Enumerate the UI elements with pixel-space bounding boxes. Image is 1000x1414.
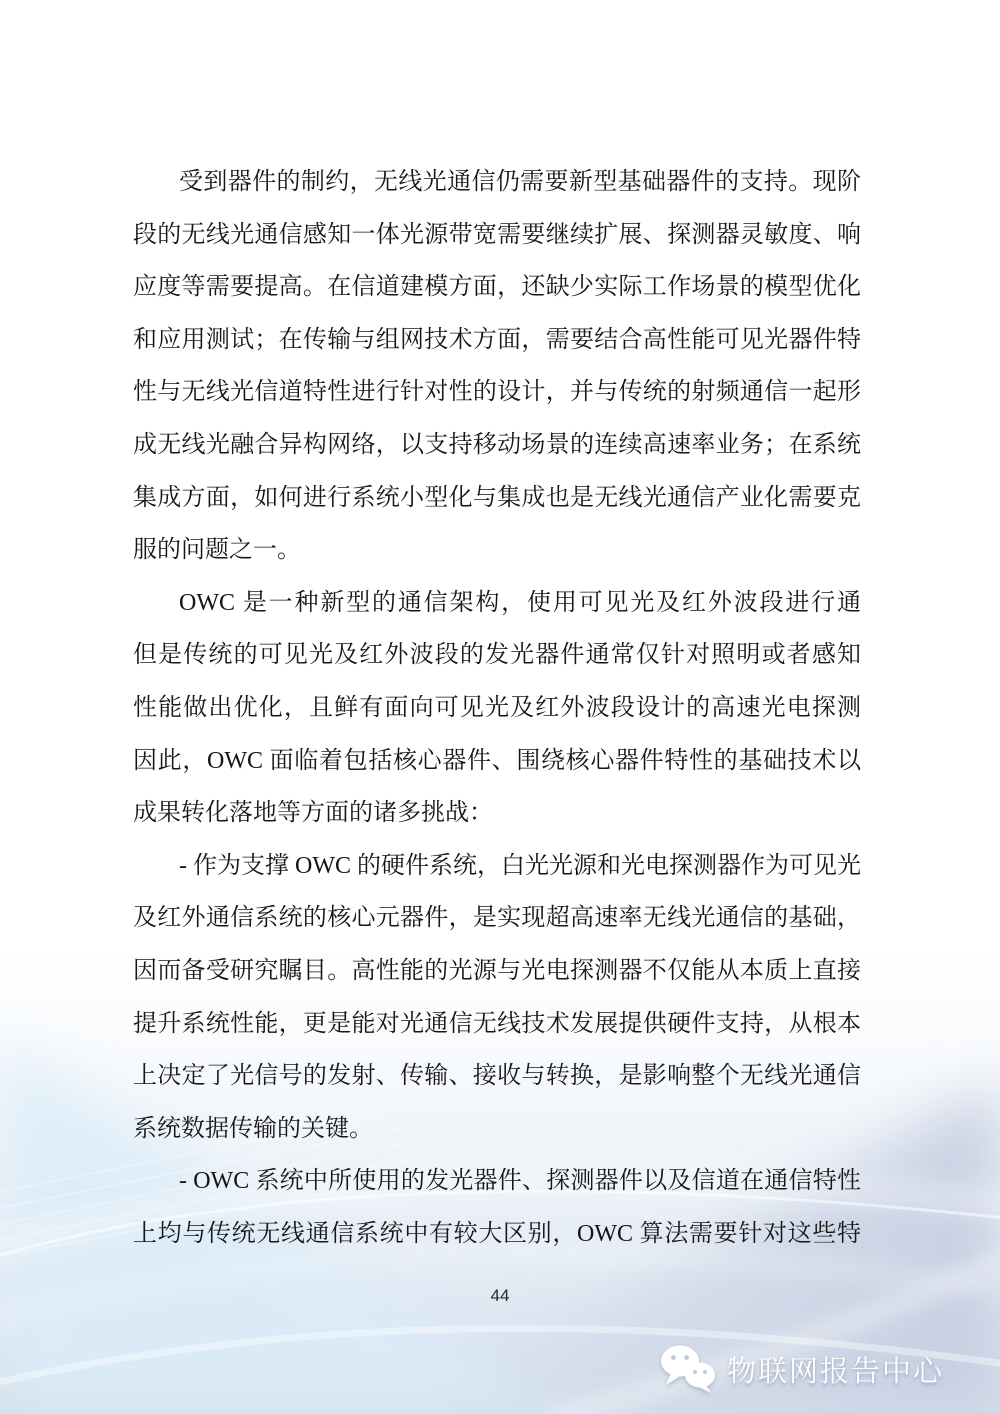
text-line: - 作为支撑 OWC 的硬件系统，白光光源和光电探测器作为可见光 (133, 840, 861, 893)
text-line: 因而备受研究瞩目。高性能的光源与光电探测器不仅能从本质上直接 (133, 945, 861, 998)
body-text: 受到器件的制约，无线光通信仍需要新型基础器件的支持。现阶 段的无线光通信感知一体… (133, 156, 861, 1260)
text-line: 提升系统性能，更是能对光通信无线技术发展提供硬件支持，从根本 (133, 998, 861, 1051)
text-line: 成果转化落地等方面的诸多挑战： (133, 787, 861, 840)
text-line: 服的问题之一。 (133, 524, 861, 577)
text-line: 受到器件的制约，无线光通信仍需要新型基础器件的支持。现阶 (133, 156, 861, 209)
text-line: 成无线光融合异构网络，以支持移动场景的连续高速率业务；在系统 (133, 419, 861, 472)
paragraph-2: OWC 是一种新型的通信架构，使用可见光及红外波段进行通信。 但是传统的可见光及… (133, 577, 861, 840)
document-page: 受到器件的制约，无线光通信仍需要新型基础器件的支持。现阶 段的无线光通信感知一体… (0, 0, 1000, 1414)
text-line: 上决定了光信号的发射、传输、接收与转换，是影响整个无线光通信 (133, 1050, 861, 1103)
text-line: - OWC 系统中所使用的发光器件、探测器件以及信道在通信特性 (133, 1155, 861, 1208)
text-line: 上均与传统无线通信系统中有较大区别，OWC 算法需要针对这些特性 (133, 1208, 861, 1261)
text-line: 集成方面，如何进行系统小型化与集成也是无线光通信产业化需要克 (133, 472, 861, 525)
wechat-icon (659, 1344, 717, 1394)
text-line: 系统数据传输的关键。 (133, 1103, 861, 1156)
text-line: 段的无线光通信感知一体光源带宽需要继续扩展、探测器灵敏度、响 (133, 209, 861, 262)
watermark: 物联网报告中心 (659, 1344, 944, 1394)
page-number: 44 (0, 1286, 1000, 1306)
text-line: 应度等需要提高。在信道建模方面，还缺少实际工作场景的模型优化 (133, 261, 861, 314)
paragraph-1: 受到器件的制约，无线光通信仍需要新型基础器件的支持。现阶 段的无线光通信感知一体… (133, 156, 861, 577)
paragraph-3-bullet: - 作为支撑 OWC 的硬件系统，白光光源和光电探测器作为可见光 及红外通信系统… (133, 840, 861, 1156)
text-line: 及红外通信系统的核心元器件，是实现超高速率无线光通信的基础， (133, 892, 861, 945)
watermark-label: 物联网报告中心 (727, 1349, 944, 1390)
text-line: 但是传统的可见光及红外波段的发光器件通常仅针对照明或者感知 (133, 629, 861, 682)
paragraph-4-bullet: - OWC 系统中所使用的发光器件、探测器件以及信道在通信特性 上均与传统无线通… (133, 1155, 861, 1260)
text-line: 和应用测试；在传输与组网技术方面，需要结合高性能可见光器件特 (133, 314, 861, 367)
text-line: 性与无线光信道特性进行针对性的设计，并与传统的射频通信一起形 (133, 366, 861, 419)
text-line: 因此，OWC 面临着包括核心器件、围绕核心器件特性的基础技术以及 (133, 735, 861, 788)
text-line: 性能做出优化，且鲜有面向可见光及红外波段设计的高速光电探测器。 (133, 682, 861, 735)
text-line: OWC 是一种新型的通信架构，使用可见光及红外波段进行通信。 (133, 577, 861, 630)
